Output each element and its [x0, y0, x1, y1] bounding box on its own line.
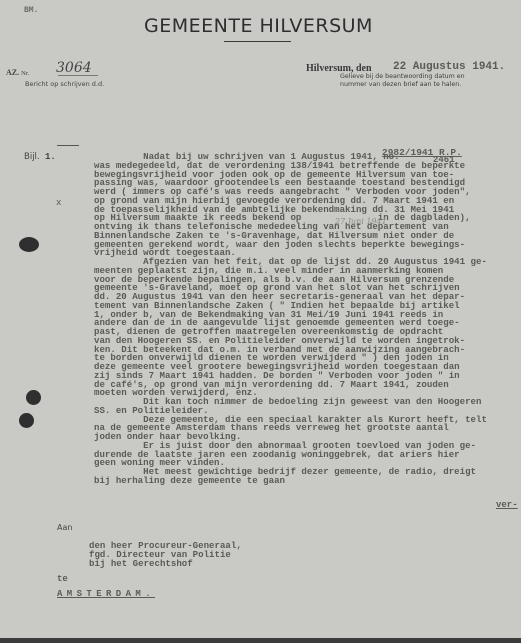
reply-instruction: Gelieve bij de beantwoording datum en nu… — [340, 73, 465, 89]
letterhead-underline — [224, 41, 291, 42]
reply-note-line1: Gelieve bij de beantwoording datum en — [340, 73, 465, 80]
enclosure-label: Bijl. 1. — [24, 152, 56, 162]
number-underline — [58, 75, 98, 76]
letter-body: Nadat bij uw schrijven van 1 Augustus 19… — [94, 153, 487, 486]
punch-hole-icon — [19, 413, 34, 428]
margin-x-mark: x — [56, 198, 61, 208]
addressee-city: AMSTERDAM. — [57, 589, 155, 599]
punch-hole-icon — [19, 237, 39, 252]
punch-hole-icon — [26, 390, 41, 405]
margin-rule — [57, 145, 79, 146]
te-label: te — [57, 574, 68, 584]
reference-mark: BM. — [24, 6, 38, 15]
scan-edge — [0, 638, 521, 643]
bijl-count: 1. — [45, 152, 56, 162]
addressee-block: den heer Procureur-Generaal, fgd. Direct… — [89, 541, 242, 568]
continuation-mark: ver- — [496, 500, 518, 510]
reply-note-line2: nummer van dezen brief aan te halen. — [340, 81, 461, 88]
az-label: AZ. — [6, 68, 19, 77]
nr-label: Nr. — [21, 70, 29, 77]
bericht-label: Bericht op schrijven d.d. — [25, 80, 104, 88]
letterhead-title: GEMEENTE HILVERSUM — [144, 15, 373, 37]
bijl-label: Bijl. — [24, 152, 40, 162]
addressee-label: Aan — [57, 523, 72, 532]
letter-date: 22 Augustus 1941. — [393, 61, 505, 73]
az-number-label: AZ. Nr. — [6, 68, 29, 77]
handwritten-letter-number: 3064 — [56, 60, 92, 76]
handwritten-date: 27 Juni 1941 — [335, 217, 387, 226]
